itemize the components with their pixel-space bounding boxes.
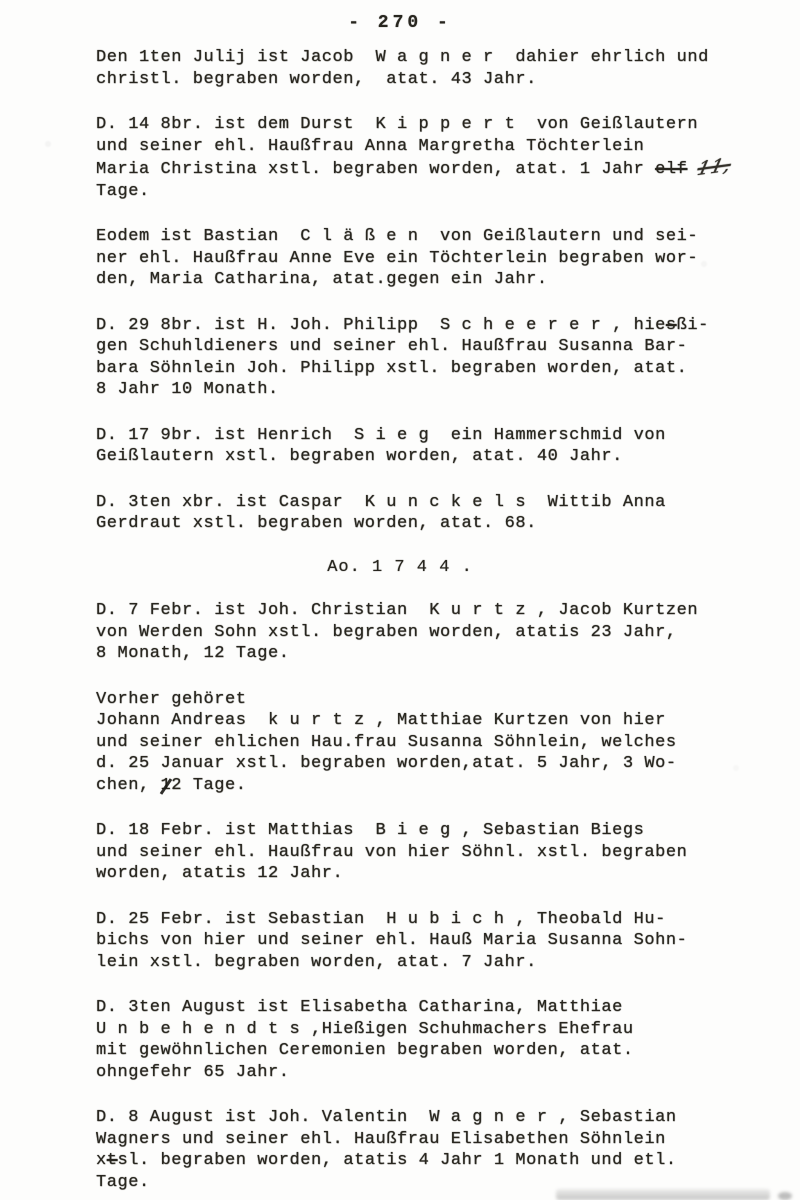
- entry-line: Eodem ist Bastian C l ä ß e n von Geißla…: [96, 226, 800, 248]
- burial-entry: D. 17 9br. ist Henrich S i e g ein Hamme…: [96, 425, 800, 468]
- burial-entry: Vorher gehöretJohann Andreas k u r t z ,…: [96, 689, 800, 797]
- entry-line: ohngefehr 65 Jahr.: [96, 1062, 800, 1084]
- scan-smudge-corner: [778, 1192, 792, 1200]
- entry-line: worden, atatis 12 Jahr.: [96, 863, 800, 885]
- entry-line: den, Maria Catharina, atat.gegen ein Jah…: [96, 269, 800, 291]
- entry-line: Johann Andreas k u r t z , Matthiae Kurt…: [96, 710, 800, 732]
- entry-line: Den 1ten Julij ist Jacob W a g n e r dah…: [96, 47, 800, 69]
- entry-line: D. 7 Febr. ist Joh. Christian K u r t z …: [96, 600, 800, 622]
- year-heading-1744: Ao. 1 7 4 4 .: [0, 557, 800, 579]
- entry-line: 8 Jahr 10 Monath.: [96, 379, 800, 401]
- scanned-page: - 270 - Den 1ten Julij ist Jacob W a g n…: [0, 0, 800, 1200]
- entry-line: Gerdraut xstl. begraben worden, atat. 68…: [96, 513, 800, 535]
- burial-entry: Eodem ist Bastian C l ä ß e n von Geißla…: [96, 226, 800, 291]
- entry-line: christl. begraben worden, atat. 43 Jahr.: [96, 69, 800, 91]
- page-content: Den 1ten Julij ist Jacob W a g n e r dah…: [96, 47, 800, 1193]
- entry-line: xtsl. begraben worden, atatis 4 Jahr 1 M…: [96, 1150, 800, 1172]
- burial-entry: D. 14 8br. ist dem Durst K i p p e r t v…: [96, 114, 800, 202]
- entry-line: und seiner ehl. Haußfrau von hier Söhnl.…: [96, 842, 800, 864]
- entry-line: Maria Christina xstl. begraben worden, a…: [96, 157, 800, 181]
- entry-line: chen, 12 Tage.: [96, 775, 800, 797]
- burial-entry: D. 8 August ist Joh. Valentin W a g n e …: [96, 1107, 800, 1193]
- entry-line: bichs von hier und seiner ehl. Hauß Mari…: [96, 930, 800, 952]
- handwritten-annotation: 11,: [695, 155, 733, 181]
- struck-text: elf: [655, 160, 687, 179]
- entry-line: lein xstl. begraben worden, atat. 7 Jahr…: [96, 952, 800, 974]
- burial-entry: D. 29 8br. ist H. Joh. Philipp S c h e e…: [96, 315, 800, 401]
- entry-line: D. 8 August ist Joh. Valentin W a g n e …: [96, 1107, 800, 1129]
- entry-line: Wagners und seiner ehl. Haußfrau Elisabe…: [96, 1129, 800, 1151]
- overstruck-digit: 1: [161, 775, 172, 797]
- entry-line: bara Söhnlein Joh. Philipp xstl. begrabe…: [96, 358, 800, 380]
- entry-line: D. 18 Febr. ist Matthias B i e g , Sebas…: [96, 820, 800, 842]
- entry-line: U n b e h e n d t s ,Hießigen Schuhmache…: [96, 1019, 800, 1041]
- entry-line: D. 14 8br. ist dem Durst K i p p e r t v…: [96, 114, 800, 136]
- entry-line: Geißlautern xstl. begraben worden, atat.…: [96, 446, 800, 468]
- entries-1743: Den 1ten Julij ist Jacob W a g n e r dah…: [96, 47, 800, 535]
- entry-line: und seiner ehlichen Hau.frau Susanna Söh…: [96, 732, 800, 754]
- burial-entry: D. 3ten xbr. ist Caspar K u n c k e l s …: [96, 492, 800, 535]
- entry-line: D. 3ten August ist Elisabetha Catharina,…: [96, 997, 800, 1019]
- entry-line: D. 25 Febr. ist Sebastian H u b i c h , …: [96, 909, 800, 931]
- entry-line: und seiner ehl. Haußfrau Anna Margretha …: [96, 136, 800, 158]
- burial-entry: D. 7 Febr. ist Joh. Christian K u r t z …: [96, 600, 800, 665]
- entry-line: d. 25 Januar xstl. begraben worden,atat.…: [96, 753, 800, 775]
- burial-entry: Den 1ten Julij ist Jacob W a g n e r dah…: [96, 47, 800, 90]
- entry-line: gen Schuhldieners und seiner ehl. Haußfr…: [96, 336, 800, 358]
- burial-entry: D. 18 Febr. ist Matthias B i e g , Sebas…: [96, 820, 800, 885]
- struck-text: s: [666, 316, 677, 335]
- entry-line: mit gewöhnlichen Ceremonien begraben wor…: [96, 1040, 800, 1062]
- struck-text: t: [107, 1151, 118, 1170]
- entries-1744: D. 7 Febr. ist Joh. Christian K u r t z …: [96, 600, 800, 1193]
- burial-entry: D. 25 Febr. ist Sebastian H u b i c h , …: [96, 909, 800, 974]
- entry-line: von Werden Sohn xstl. begraben worden, a…: [96, 622, 800, 644]
- entry-line: D. 29 8br. ist H. Joh. Philipp S c h e e…: [96, 315, 800, 337]
- entry-line: Tage.: [96, 181, 800, 203]
- entry-line: 8 Monath, 12 Tage.: [96, 643, 800, 665]
- burial-entry: D. 3ten August ist Elisabetha Catharina,…: [96, 997, 800, 1083]
- entry-line: Vorher gehöret: [96, 689, 800, 711]
- scan-smudge: [556, 1189, 770, 1200]
- entry-line: D. 17 9br. ist Henrich S i e g ein Hamme…: [96, 425, 800, 447]
- entry-line: D. 3ten xbr. ist Caspar K u n c k e l s …: [96, 492, 800, 514]
- entry-line: ner ehl. Haußfrau Anne Eve ein Töchterle…: [96, 248, 800, 270]
- page-number: - 270 -: [0, 0, 800, 33]
